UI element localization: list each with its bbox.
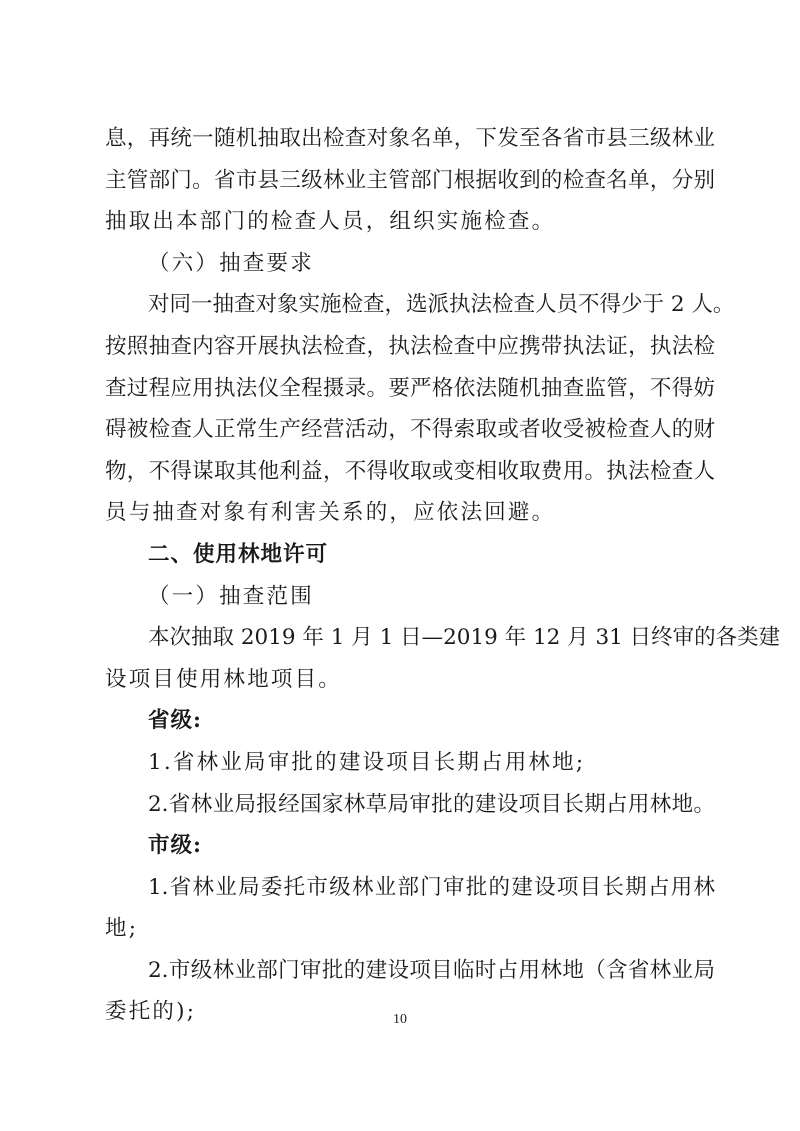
- paragraph-line: 主管部门。省市县三级林业主管部门根据收到的检查名单，分别: [105, 160, 715, 202]
- document-page: 息，再统一随机抽取出检查对象名单，下发至各省市县三级林业 主管部门。省市县三级林…: [105, 118, 715, 1033]
- paragraph-line: 抽取出本部门的检查人员，组织实施检查。: [105, 201, 715, 243]
- paragraph-line: 对同一抽查对象实施检查，选派执法检查人员不得少于 2 人。: [105, 284, 715, 326]
- list-item: 2.省林业局报经国家林草局审批的建设项目长期占用林地。: [105, 784, 715, 826]
- paragraph-line: 物，不得谋取其他利益，不得收取或变相收取费用。执法检查人: [105, 451, 715, 493]
- label-municipal-level: 市级:: [105, 825, 715, 867]
- list-item: 1.省林业局委托市级林业部门审批的建设项目长期占用林: [105, 867, 715, 909]
- paragraph-line: 员与抽查对象有利害关系的，应依法回避。: [105, 492, 715, 534]
- section-subheading-requirements: （六）抽查要求: [105, 243, 715, 285]
- paragraph-line: 息，再统一随机抽取出检查对象名单，下发至各省市县三级林业: [105, 118, 715, 160]
- section-heading-forest-land-permit: 二、使用林地许可: [105, 534, 715, 576]
- page-number: 10: [0, 1012, 800, 1028]
- paragraph-line: 查过程应用执法仪全程摄录。要严格依法随机抽查监管，不得妨: [105, 368, 715, 410]
- paragraph-line: 本次抽取 2019 年 1 月 1 日—2019 年 12 月 31 日终审的各…: [105, 617, 715, 659]
- paragraph-line: 按照抽查内容开展执法检查，执法检查中应携带执法证，执法检: [105, 326, 715, 368]
- paragraph-line: 碍被检查人正常生产经营活动，不得索取或者收受被检查人的财: [105, 409, 715, 451]
- label-provincial-level: 省级:: [105, 700, 715, 742]
- section-subheading-scope: （一）抽查范围: [105, 576, 715, 618]
- list-item: 1.省林业局审批的建设项目长期占用林地;: [105, 742, 715, 784]
- paragraph-line: 设项目使用林地项目。: [105, 659, 715, 701]
- list-item-continuation: 地;: [105, 908, 715, 950]
- list-item: 2.市级林业部门审批的建设项目临时占用林地（含省林业局: [105, 950, 715, 992]
